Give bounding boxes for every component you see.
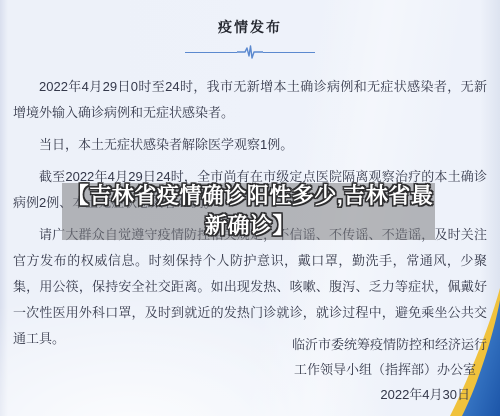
headline-line-2: 新确诊】 <box>0 211 500 241</box>
ecg-pulse-icon <box>237 45 263 59</box>
signature-date: 2022年4月30日 <box>292 382 487 407</box>
page-title: 疫情发布 <box>0 17 500 37</box>
signature-org-line-1: 临沂市委统筹疫情防控和经济运行 <box>292 332 487 357</box>
title-divider <box>185 45 315 59</box>
notice-header: 疫情发布 <box>0 17 500 59</box>
paragraph-released-cases: 当日，本土无症状感染者解除医学观察1例。 <box>13 132 487 158</box>
paragraph-daily-update: 2022年4月29日0时至24时，我市无新增本土确诊病例和无症状感染者，无新增境… <box>13 74 487 126</box>
headline-overlay: 【吉林省疫情确诊阳性多少,吉林省最 新确诊】 <box>0 181 500 241</box>
divider-line-left <box>185 52 237 53</box>
signature-block: 临沂市委统筹疫情防控和经济运行 工作领导小组（指挥部）办公室 2022年4月30… <box>292 332 487 407</box>
signature-org-line-2: 工作领导小组（指挥部）办公室 <box>292 357 487 382</box>
headline-line-1: 【吉林省疫情确诊阳性多少,吉林省最 <box>0 181 500 211</box>
divider-line-right <box>263 52 315 53</box>
notice-page: 疫情发布 2022年4月29日0时至24时，我市无新增本土确诊病例和无症状感染者… <box>0 0 500 416</box>
